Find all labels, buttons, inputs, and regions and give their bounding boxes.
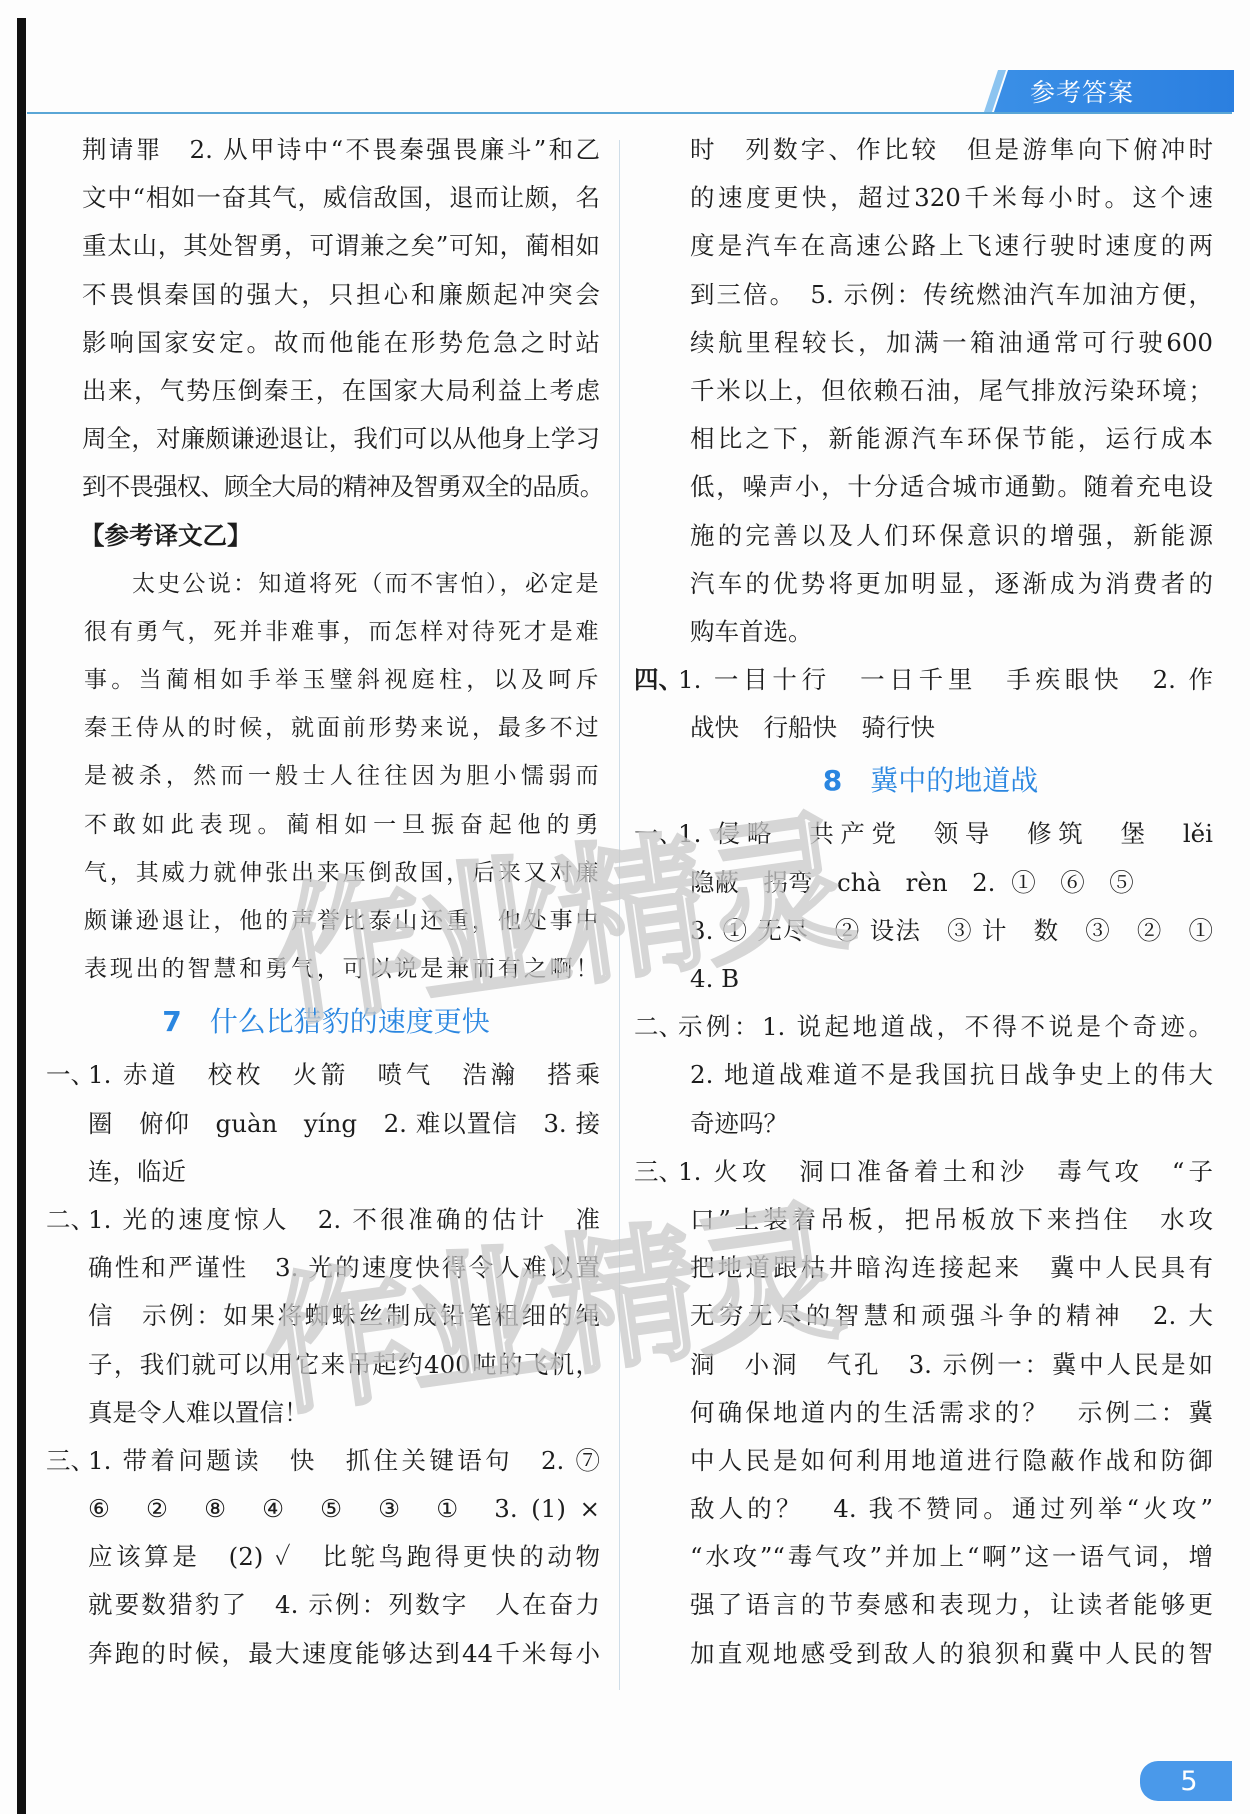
question-marker: 四、	[634, 656, 683, 704]
column-divider	[619, 140, 620, 1690]
answer-line: 应该算是 (2) ✓ 比鸵鸟跑得更快的动物	[52, 1533, 600, 1581]
text-line: 续航里程较长，加满一箱油通常可行驶600	[648, 319, 1213, 367]
answer-line: 无穷无尽的智慧和顽强斗争的精神 2. 大	[648, 1292, 1213, 1340]
answer-line: 信 示例：如果将蜘蛛丝制成铅笔粗细的绳	[52, 1292, 600, 1340]
answer-line: 真是令人难以置信！	[52, 1389, 600, 1437]
text-line: 出来，气势压倒秦王，在国家大局利益上考虑	[52, 367, 600, 415]
question-marker: 一、	[46, 1051, 95, 1099]
translation-line: 秦王侍从的时候，就面前形势来说，最多不过	[52, 704, 600, 752]
answer-line: 战快 行船快 骑行快	[648, 704, 1213, 752]
answer-line: 奇迹吗？	[648, 1100, 1213, 1148]
question-marker: 一、	[634, 810, 683, 858]
answer-line: 强了语言的节奏感和表现力，让读者能够更	[648, 1581, 1213, 1629]
text-line: 千米以上，但依赖石油，尾气排放污染环境；	[648, 367, 1213, 415]
text-line: 购车首选。	[648, 608, 1213, 656]
translation-heading: 【参考译文乙】	[52, 512, 600, 560]
text-line: 相比之下，新能源汽车环保节能，运行成本	[648, 415, 1213, 463]
question-group-4: 四、 1. 一目十行 一日千里 手疾眼快 2. 作 战快 行船快 骑行快	[648, 656, 1213, 752]
header-tab-label: 参考答案	[1030, 73, 1134, 109]
translation-line: 不敢如此表现。蔺相如一旦振奋起他的勇	[52, 801, 600, 849]
text-line: 度是汽车在高速公路上飞速行驶时速度的两	[648, 222, 1213, 270]
question-group-2: 二、 示例：1. 说起地道战，不得不说是个奇迹。 2. 地道战难道不是我国抗日战…	[648, 1003, 1213, 1148]
answer-line: 3. ① 无尽 ② 设法 ③ 计 数 ③ ② ①	[648, 907, 1213, 955]
text-line: 不畏惧秦国的强大，只担心和廉颇起冲突会	[52, 271, 600, 319]
text-line: 荆请罪 2. 从甲诗中“不畏秦强畏廉斗”和乙	[52, 126, 600, 174]
question-group-3: 三、 1. 带着问题读 快 抓住关键语句 2. ⑦ ⑥ ② ⑧ ④ ⑤ ③ ① …	[52, 1437, 600, 1678]
answer-line: 把地道跟枯井暗沟连接起来 冀中人民具有	[648, 1244, 1213, 1292]
answer-line: 子，我们就可以用它来吊起约400吨的飞机，	[52, 1341, 600, 1389]
answer-line: 就要数猎豹了 4. 示例：列数字 人在奋力	[52, 1581, 600, 1629]
question-marker: 三、	[634, 1148, 683, 1196]
header-tab-answer-key: 参考答案	[994, 70, 1234, 112]
answer-line: 1. 带着问题读 快 抓住关键语句 2. ⑦	[52, 1437, 600, 1485]
answer-line: 1. 赤道 校枚 火箭 喷气 浩瀚 搭乘	[52, 1051, 600, 1099]
answer-line: 口”上装着吊板，把吊板放下来挡住 水攻	[648, 1196, 1213, 1244]
text-line: 文中“相如一奋其气，威信敌国，退而让颇，名	[52, 174, 600, 222]
question-marker: 二、	[634, 1003, 683, 1051]
answer-line: ⑥ ② ⑧ ④ ⑤ ③ ① 3. (1) ×	[52, 1485, 600, 1533]
answer-line: 2. 地道战难道不是我国抗日战争史上的伟大	[648, 1051, 1213, 1099]
section-number: 7	[162, 1005, 181, 1038]
text-line: 施的完善以及人们环保意识的增强，新能源	[648, 512, 1213, 560]
answer-line: 何确保地道内的生活需求的？ 示例二：冀	[648, 1389, 1213, 1437]
section-title-text: 什么比猎豹的速度更快	[210, 1005, 490, 1038]
question-group-1: 一、 1. 侵略 共产党 领导 修筑 堡 lěi 隐蔽 拐弯 chà rèn 2…	[648, 810, 1213, 1003]
text-line: 到不畏强权、顾全大局的精神及智勇双全的品质。	[52, 463, 600, 511]
translation-line: 很有勇气，死并非难事，而怎样对待死才是难	[52, 608, 600, 656]
answer-line: 奔跑的时候，最大速度能够达到44千米每小	[52, 1630, 600, 1678]
answer-line: 连，临近	[52, 1148, 600, 1196]
text-line: 重太山，其处智勇，可谓兼之矣”可知，蔺相如	[52, 222, 600, 270]
answer-line: 1. 一目十行 一日千里 手疾眼快 2. 作	[648, 656, 1213, 704]
text-line: 时 列数字、作比较 但是游隼向下俯冲时	[648, 126, 1213, 174]
answer-line: 中人民是如何利用地道进行隐蔽作战和防御	[648, 1437, 1213, 1485]
translation-line: 事。当蔺相如手举玉璧斜视庭柱，以及呵斥	[52, 656, 600, 704]
answer-line: 1. 光的速度惊人 2. 不很准确的估计 准	[52, 1196, 600, 1244]
answer-line: 确性和严谨性 3. 光的速度快得令人难以置	[52, 1244, 600, 1292]
section-number: 8	[823, 764, 842, 797]
question-marker: 三、	[46, 1437, 95, 1485]
section-title-7: 7什么比猎豹的速度更快	[52, 993, 600, 1051]
translation-line: 太史公说：知道将死（而不害怕），必定是	[52, 560, 600, 608]
answer-line: 圈 俯仰 guàn yíng 2. 难以置信 3. 接	[52, 1100, 600, 1148]
page-number: 5	[1140, 1761, 1232, 1801]
answer-line: 1. 火攻 洞口准备着土和沙 毒气攻 “子	[648, 1148, 1213, 1196]
text-line: 周全，对廉颇谦逊退让，我们可以从他身上学习	[52, 415, 600, 463]
answer-line: 洞 小洞 气孔 3. 示例一：冀中人民是如	[648, 1341, 1213, 1389]
question-marker: 二、	[46, 1196, 95, 1244]
answer-line: 隐蔽 拐弯 chà rèn 2. ① ⑥ ⑤	[648, 859, 1213, 907]
question-group-3: 三、 1. 火攻 洞口准备着土和沙 毒气攻 “子 口”上装着吊板，把吊板放下来挡…	[648, 1148, 1213, 1678]
section-title-8: 8冀中的地道战	[648, 752, 1213, 810]
text-line: 汽车的优势将更加明显，逐渐成为消费者的	[648, 560, 1213, 608]
translation-line: 表现出的智慧和勇气，可以说是兼而有之啊！	[52, 945, 600, 993]
translation-line: 气，其威力就伸张出来压倒敌国，后来又对廉	[52, 849, 600, 897]
question-group-2: 二、 1. 光的速度惊人 2. 不很准确的估计 准 确性和严谨性 3. 光的速度…	[52, 1196, 600, 1437]
answer-line: “水攻”“毒气攻”并加上“啊”这一语气词，增	[648, 1533, 1213, 1581]
header-rule	[27, 112, 1232, 114]
answer-line: 4. B	[648, 955, 1213, 1003]
section-title-text: 冀中的地道战	[870, 764, 1038, 797]
text-line: 影响国家安定。故而他能在形势危急之时站	[52, 319, 600, 367]
right-column: 时 列数字、作比较 但是游隼向下俯冲时 的速度更快，超过320千米每小时。这个速…	[648, 126, 1213, 1678]
text-line: 的速度更快，超过320千米每小时。这个速	[648, 174, 1213, 222]
answer-line: 加直观地感受到敌人的狼狈和冀中人民的智	[648, 1630, 1213, 1678]
text-line: 低，噪声小，十分适合城市通勤。随着充电设	[648, 463, 1213, 511]
answer-line: 示例：1. 说起地道战，不得不说是个奇迹。	[648, 1003, 1213, 1051]
translation-line: 是被杀，然而一般士人往往因为胆小懦弱而	[52, 752, 600, 800]
answer-line: 敌人的？ 4. 我不赞同。通过列举“火攻”	[648, 1485, 1213, 1533]
text-line: 到三倍。 5. 示例：传统燃油汽车加油方便，	[648, 271, 1213, 319]
answer-line: 1. 侵略 共产党 领导 修筑 堡 lěi	[648, 810, 1213, 858]
left-column: 荆请罪 2. 从甲诗中“不畏秦强畏廉斗”和乙 文中“相如一奋其气，威信敌国，退而…	[52, 126, 600, 1678]
translation-line: 颇谦逊退让，他的声誉比泰山还重，他处事中	[52, 897, 600, 945]
question-group-1: 一、 1. 赤道 校枚 火箭 喷气 浩瀚 搭乘 圈 俯仰 guàn yíng 2…	[52, 1051, 600, 1196]
page-binding-edge	[17, 18, 26, 1814]
